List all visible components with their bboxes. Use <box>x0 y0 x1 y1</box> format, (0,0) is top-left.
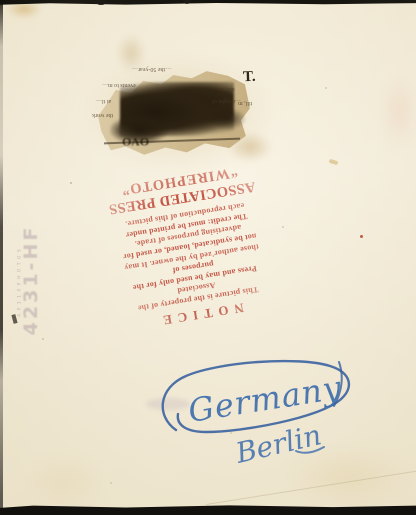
halftone-photo-blob-right <box>210 108 246 130</box>
newsprint-fragment: till, m <box>238 100 252 106</box>
photo-verso-scan: { "ap_stamp": { "notice_title": "NOTICE"… <box>0 0 416 515</box>
newsprint-fragment: dth, bu… <box>212 86 235 92</box>
ap-wirephoto-stamp: NOTICE This picture is the property of t… <box>101 162 279 335</box>
newsprint-fragment: events to m… <box>102 82 136 88</box>
scan-edge-top <box>0 0 416 6</box>
newsprint-fragment: …the 50-year… <box>132 66 171 72</box>
handwritten-annotation: Germany Berlin <box>148 348 360 473</box>
newsprint-fragment: the work <box>92 112 113 118</box>
newsprint-capital-fragment: T. <box>243 69 256 86</box>
handwritten-city: Berlin <box>232 418 325 470</box>
scan-edge-left <box>0 0 3 515</box>
paper-crease-line <box>206 471 416 505</box>
stain-right-edge <box>382 76 416 148</box>
handwriting-svg: Germany Berlin <box>148 348 360 473</box>
newsprint-fragment: …roughs of <box>212 98 241 104</box>
handwritten-country: Germany <box>186 368 345 430</box>
red-ink-speck <box>360 235 363 238</box>
newsprint-fragment: at tl… <box>96 98 111 104</box>
yellow-stain-dash <box>329 159 339 166</box>
dust-specks <box>70 182 72 184</box>
faint-vertical-stamp-microtext: A P 1 1 0 P H O T O S <box>18 228 25 338</box>
newspaper-clipping: …the 50-year… events to m… dth, bu… …rou… <box>92 60 262 162</box>
scan-edge-bottom <box>0 504 416 515</box>
stain-bottom-left <box>28 458 102 506</box>
headline-fragment: OVO <box>122 134 149 149</box>
